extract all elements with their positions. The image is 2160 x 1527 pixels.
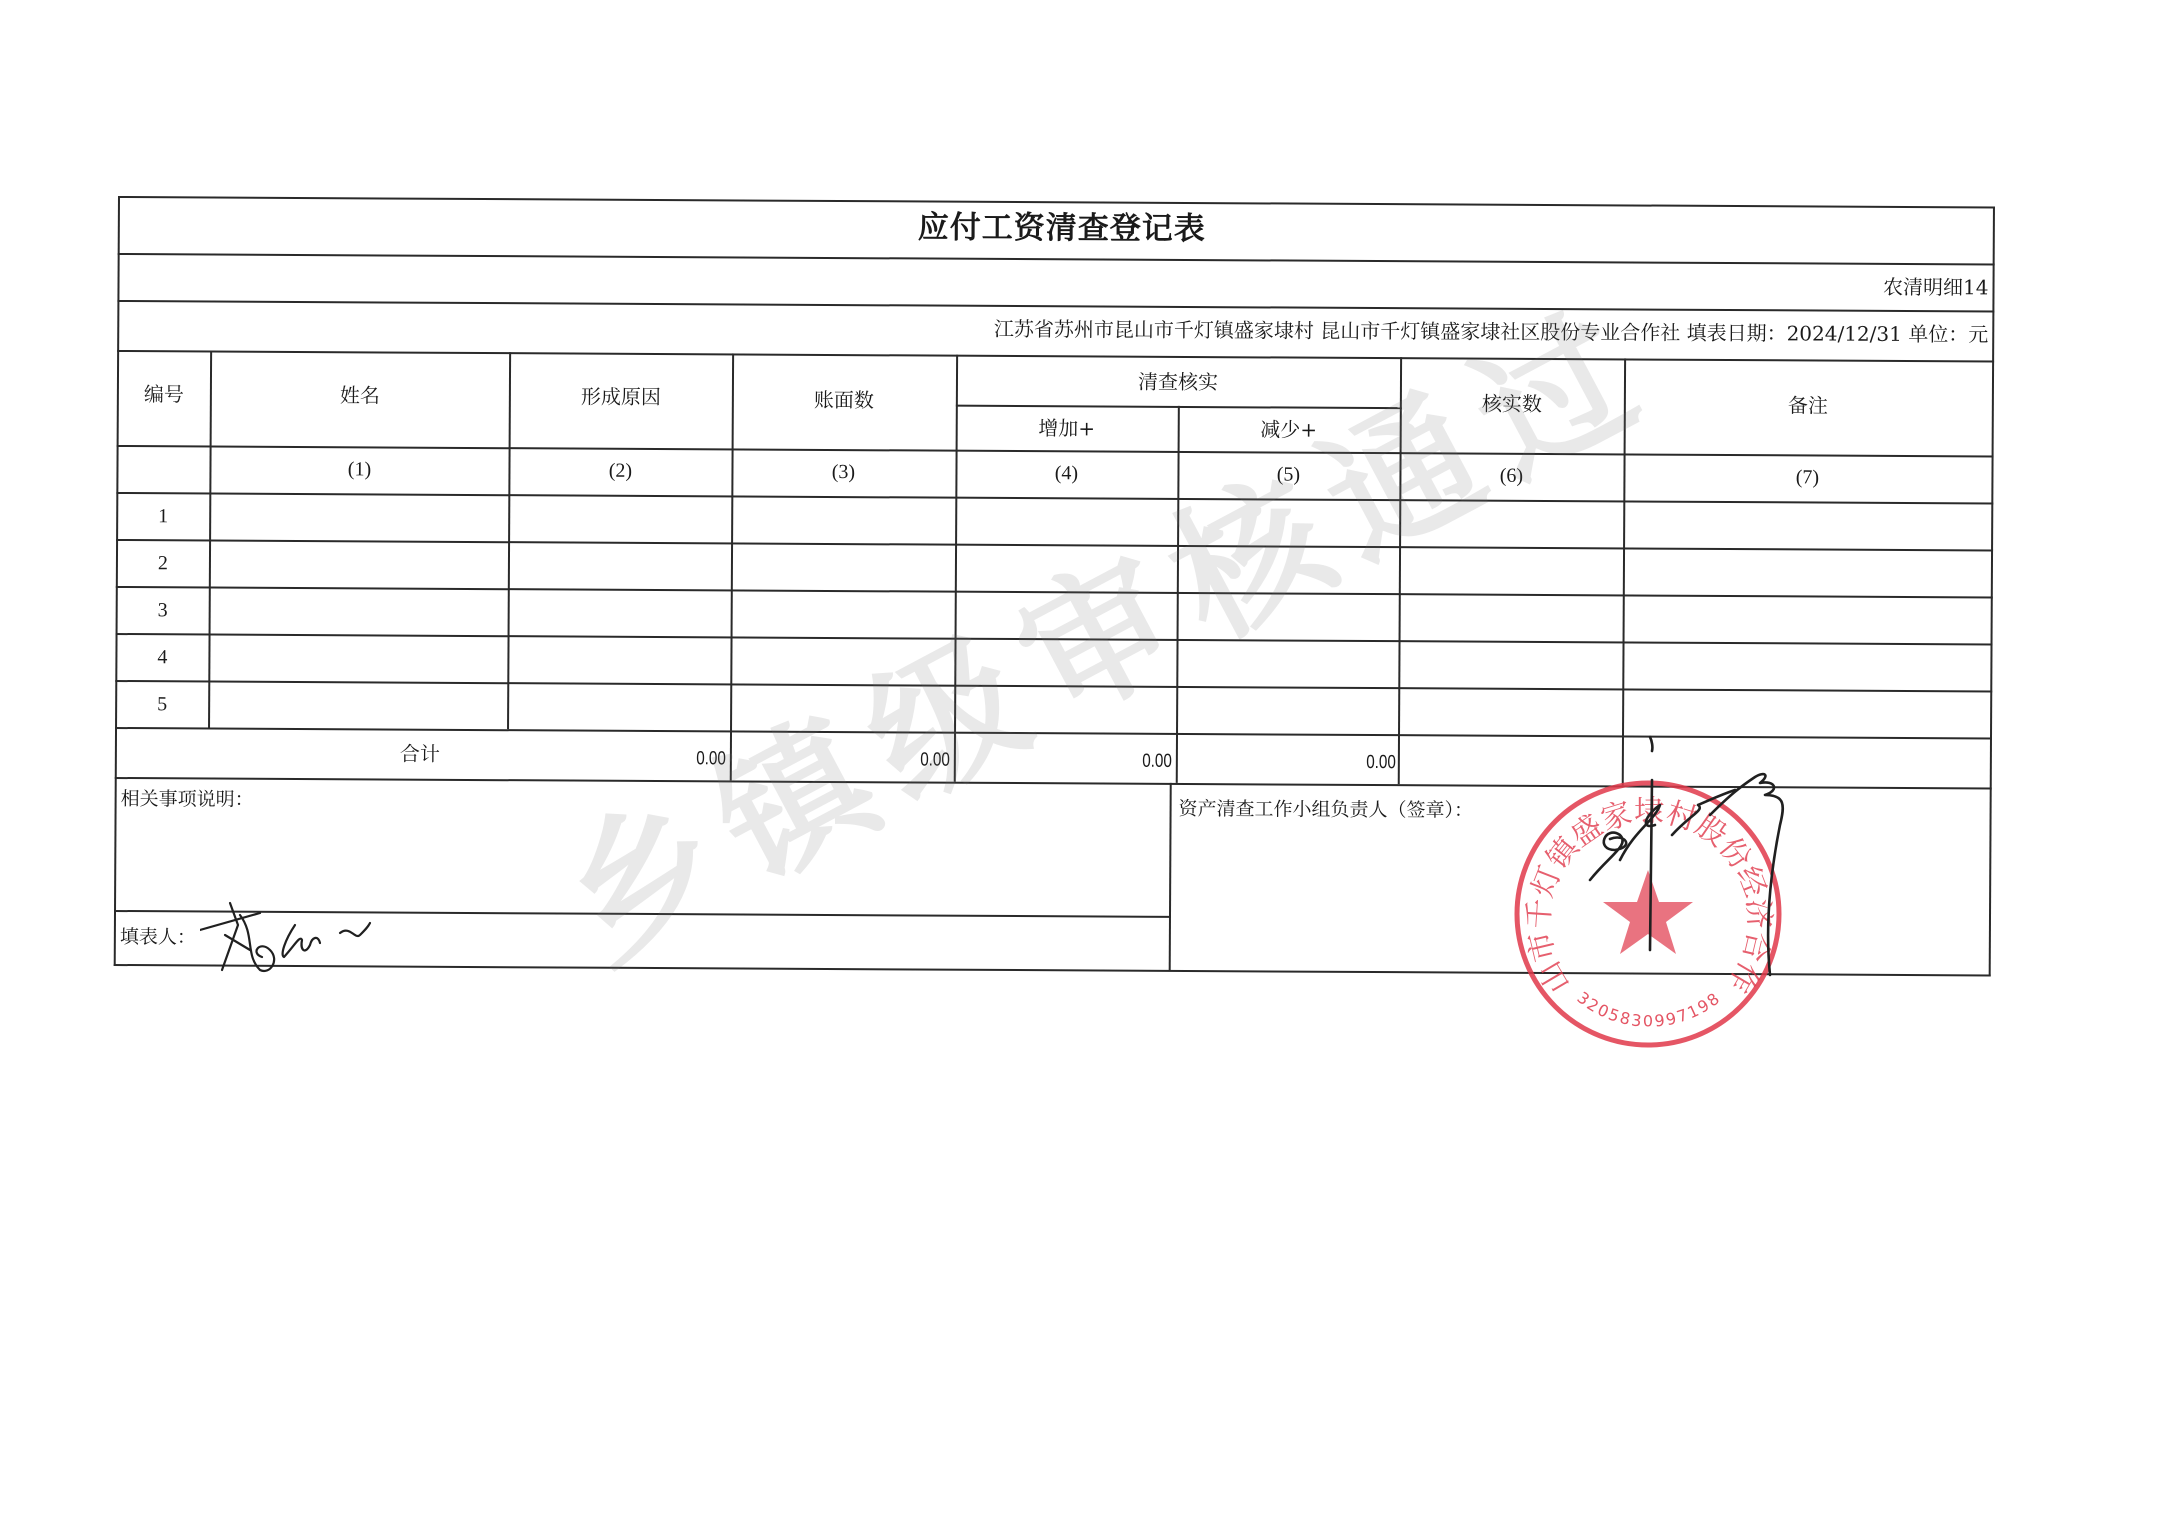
header-reason: 形成原因 [581,387,661,407]
rule [118,253,1995,265]
col-divider [730,353,734,780]
row-number: 4 [157,647,167,667]
row-number: 1 [158,506,168,526]
rule [116,539,1993,551]
border-bottom [114,964,1991,976]
rule [117,445,1994,457]
header-remarks: 备注 [1788,395,1828,415]
footer-divider [1169,783,1172,971]
rule [116,492,1993,504]
header-decrease: 减少+ [1260,419,1317,439]
col-index: (2) [609,461,632,481]
border-top [118,196,1995,208]
col-index: (1) [348,459,371,479]
header-verification-group: 清查核实 [1138,372,1218,392]
col-index: (4) [1055,463,1078,483]
col-index: (6) [1500,466,1523,486]
total-verified-amount: 0.00 [1366,753,1396,772]
preparer-label: 填表人： [120,928,196,947]
col-index: (5) [1277,464,1300,484]
total-decrease: 0.00 [1142,752,1172,771]
notes-label: 相关事项说明： [121,790,254,810]
header-name: 姓名 [340,385,380,405]
rule [116,586,1993,598]
rule [115,727,1992,739]
border-left [114,196,120,966]
col-index: (3) [832,462,855,482]
header-book-amount: 账面数 [814,390,874,410]
row-number: 2 [158,553,168,573]
total-increase: 0.00 [920,750,950,769]
col-divider [1398,357,1402,784]
leader-label: 资产清查工作小组负责人（签章）： [1179,800,1474,821]
total-label: 合计 [400,744,440,764]
header-verified-amount: 核实数 [1482,394,1542,414]
info-line: 江苏省苏州市昆山市千灯镇盛家埭村 昆山市千灯镇盛家埭社区股份专业合作社 填表日期… [994,319,1988,345]
rule [117,300,1994,312]
col-divider [1176,406,1180,783]
header-increase: 增加+ [1038,418,1095,438]
rule [115,680,1992,692]
svg-text:3205830997198: 3205830997198 [1574,988,1725,1031]
rule [117,350,1994,362]
rule [114,910,1170,918]
header-number: 编号 [144,384,184,404]
border-right [1989,206,1995,976]
col-divider [1622,358,1626,785]
form-title: 应付工资清查登记表 [918,212,1206,245]
form-code: 农清明细14 [1883,277,1989,298]
row-number: 5 [157,694,167,714]
row-number: 3 [158,600,168,620]
register-form: 应付工资清查登记表 农清明细14 江苏省苏州市昆山市千灯镇盛家埭村 昆山市千灯镇… [114,196,1995,976]
col-index: (7) [1796,467,1819,487]
col-divider [954,355,958,782]
rule [115,777,1992,789]
rule [116,633,1993,645]
total-book-amount: 0.00 [696,749,726,768]
